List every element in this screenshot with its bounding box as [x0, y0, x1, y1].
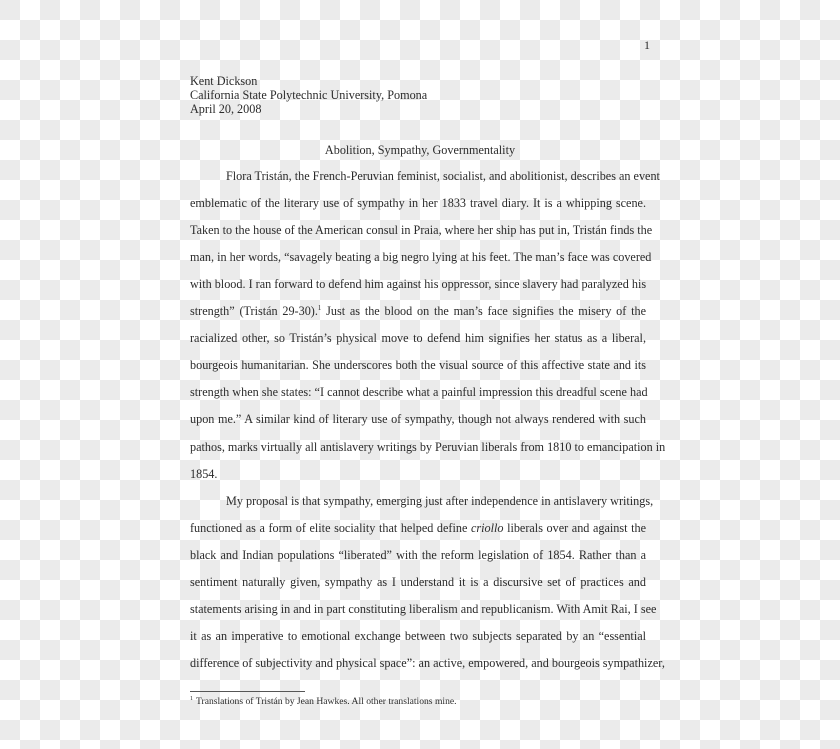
- paragraph-1-line: Taken to the house of the American consu…: [190, 222, 646, 238]
- paragraph-1-line: upon me.” A similar kind of literary use…: [190, 411, 646, 427]
- paragraph-2-line: My proposal is that sympathy, emerging j…: [226, 493, 646, 509]
- paragraph-1-line: with blood. I ran forward to defend him …: [190, 276, 646, 292]
- line-text: liberals over and against the: [503, 521, 646, 535]
- paragraph-1-line: Flora Tristán, the French-Peruvian femin…: [226, 168, 646, 184]
- paragraph-1-line: strength” (Tristán 29-30).1 Just as the …: [190, 303, 646, 319]
- paragraph-2-line: it as an imperative to emotional exchang…: [190, 628, 646, 644]
- paragraph-2-line: black and Indian populations “liberated”…: [190, 547, 646, 563]
- footnote-separator: [190, 691, 305, 692]
- paragraph-1-line: emblematic of the literary use of sympat…: [190, 195, 646, 211]
- footnote: 1Translations of Tristán by Jean Hawkes.…: [190, 695, 457, 709]
- page-number: 1: [620, 38, 650, 52]
- author-name: Kent Dickson: [190, 74, 427, 88]
- document-date: April 20, 2008: [190, 102, 427, 116]
- document-title: Abolition, Sympathy, Governmentality: [190, 142, 650, 158]
- line-text: functioned as a form of elite sociality …: [190, 521, 471, 535]
- paragraph-2-line: difference of subjectivity and physical …: [190, 655, 646, 671]
- footnote-marker: 1: [190, 696, 193, 702]
- paragraph-2-line: functioned as a form of elite sociality …: [190, 520, 646, 536]
- paragraph-1-line: bourgeois humanitarian. She underscores …: [190, 357, 646, 373]
- paragraph-1-line: strength when she states: “I cannot desc…: [190, 384, 646, 400]
- paragraph-1-line: pathos, marks virtually all antislavery …: [190, 439, 646, 455]
- line-text: strength” (Tristán 29-30).: [190, 304, 318, 318]
- paragraph-1-line: 1854.: [190, 466, 646, 482]
- line-text: Just as the blood on the man’s face sign…: [321, 304, 646, 318]
- italic-term: criollo: [471, 521, 504, 535]
- paragraph-1-line: racialized other, so Tristán’s physical …: [190, 330, 646, 346]
- author-header: Kent Dickson California State Polytechni…: [190, 74, 427, 116]
- author-institution: California State Polytechnic University,…: [190, 88, 427, 102]
- footnote-text: Translations of Tristán by Jean Hawkes. …: [196, 696, 457, 707]
- paragraph-2-line: statements arising in and in part consti…: [190, 601, 646, 617]
- paragraph-2-line: sentiment naturally given, sympathy as I…: [190, 574, 646, 590]
- paragraph-1-line: man, in her words, “savagely beating a b…: [190, 249, 646, 265]
